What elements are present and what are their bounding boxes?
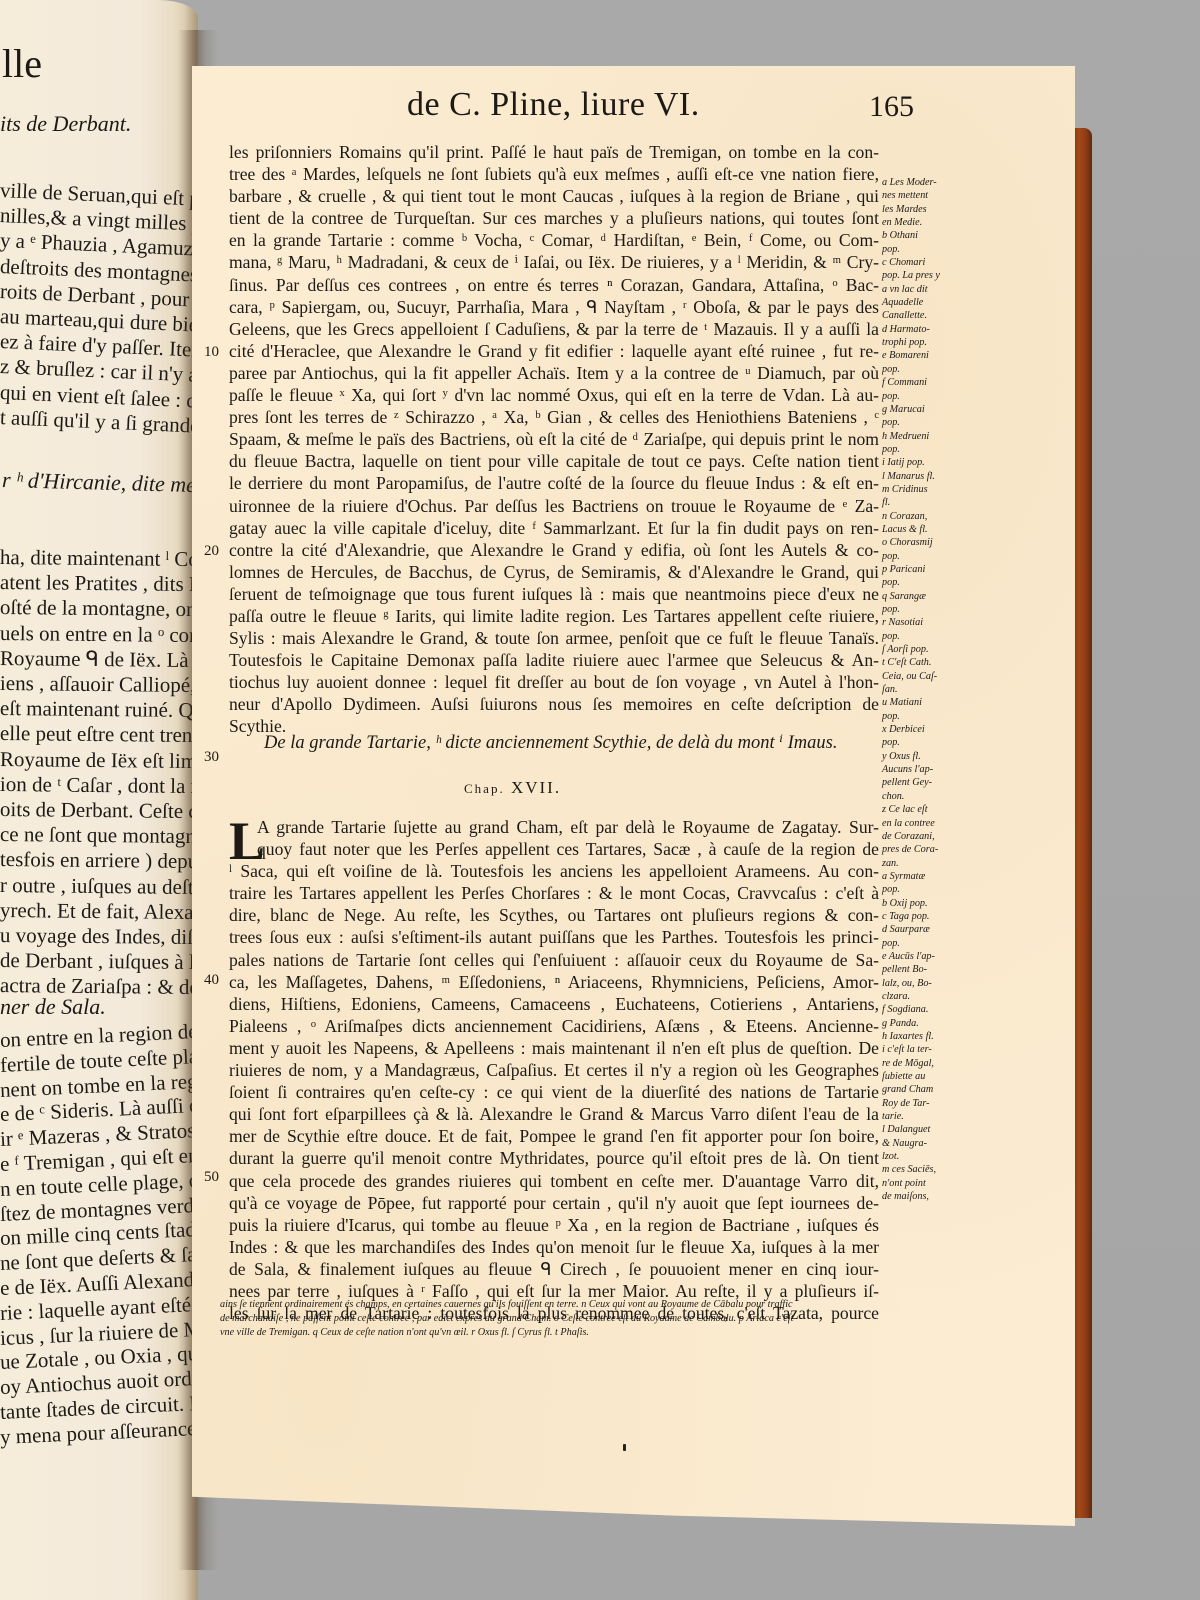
margin-note: tarie. — [882, 1110, 956, 1123]
margin-note: ſubiette au — [882, 1070, 956, 1083]
margin-note: a Les Moder- — [882, 176, 956, 189]
margin-note: en Medie. — [882, 216, 956, 229]
text-line: diens, Hiſtiens, Edoniens, Cameens, Cama… — [229, 993, 879, 1015]
line-number: 30 — [204, 749, 219, 766]
text-line: paſſe le fleuue ˣ Xa, qui ſort ʸ d'vn la… — [229, 384, 879, 406]
chapter-text: L A grande Tartarie ſujette au grand Cha… — [229, 816, 879, 1324]
footnote-line: ains ſe tiennent ordinairement és champs… — [220, 1298, 940, 1312]
margin-note: pellent Gey- — [882, 776, 956, 789]
margin-note: pop. — [882, 937, 956, 950]
line-number: 40 — [204, 972, 219, 989]
text-line: A grande Tartarie ſujette au grand Cham,… — [229, 816, 879, 838]
margin-note: h Iaxartes fl. — [882, 1030, 956, 1043]
chapter-heading: Chap. XVII. — [464, 778, 561, 798]
margin-note: y Oxus fl. — [882, 750, 956, 763]
margin-note: en la contree — [882, 817, 956, 830]
body-text: les priſonniers Romains qu'il print. Paſ… — [229, 141, 879, 738]
margin-note: grand Cham — [882, 1083, 956, 1096]
page-number: 165 — [869, 90, 914, 124]
text-line: ſoient ſi contraires qu'en ceſte-cy : ce… — [229, 1081, 879, 1103]
running-head: de C. Pline, liure VI. — [407, 86, 700, 124]
margin-note: ſ Aorſi pop. — [882, 643, 956, 656]
text-line: pres ſont les terres de ᶻ Schirazzo , ᵃ … — [229, 406, 879, 428]
text-line: trees ſous eux : auſsi s'eſtiment-ils au… — [229, 926, 879, 948]
margin-note: t C'eſt Cath. — [882, 656, 956, 669]
text-line: Spaam, & meſme le païs des Bactriens, où… — [229, 428, 879, 450]
verso-text-line: elle peut eſtre cent trente mi — [0, 721, 198, 747]
verso-text-line: oſté de la montagne, on trou — [0, 595, 198, 621]
text-line: Geleens, que les Grecs appelloient ſ Cad… — [229, 318, 879, 340]
margin-note: b Oxij pop. — [882, 897, 956, 910]
margin-note: g Panda. — [882, 1017, 956, 1030]
margin-note: b Othani — [882, 229, 956, 242]
margin-note: x Derbicei — [882, 723, 956, 736]
text-line: les priſonniers Romains qu'il print. Paſ… — [229, 141, 879, 163]
text-line: ca, les Maſſagetes, Dahens, ᵐ Eſſedonien… — [229, 971, 879, 993]
text-line: riuieres de nom, y a Mandagræus, Caſpaſi… — [229, 1059, 879, 1081]
margin-note: a Syrmatæ — [882, 870, 956, 883]
text-line: Toutesfois le Capitaine Demonax paſſa la… — [229, 649, 879, 671]
margin-note: Roy de Tar- — [882, 1097, 956, 1110]
drop-cap: L — [229, 818, 265, 864]
text-line: ſeruent de teſmoignage que tous furent i… — [229, 583, 879, 605]
margin-note: Aucuns l'ap- — [882, 763, 956, 776]
verso-section-heading: ner de Sala. — [0, 995, 106, 1019]
margin-note: pop. — [882, 630, 956, 643]
text-line: ment y auoit les Napeens, & Apelleens : … — [229, 1037, 879, 1059]
line-number: 10 — [204, 344, 219, 361]
text-line: durant la guerre qu'il menoit contre Myt… — [229, 1147, 879, 1169]
margin-note: pop. — [882, 883, 956, 896]
margin-note: u Matiani — [882, 696, 956, 709]
text-line: contre la cité d'Alexandrie, que Alexand… — [229, 539, 879, 561]
text-line: Indes : & que les marchandiſes des Indes… — [229, 1236, 879, 1258]
margin-note: pop. La pres y — [882, 269, 956, 282]
margin-note: z Ce lac eſt — [882, 803, 956, 816]
margin-note: q Sarangæ — [882, 590, 956, 603]
margin-note: g Marucai — [882, 403, 956, 416]
margin-note: les Mardes — [882, 203, 956, 216]
text-line: ˡ Saca, qui eſt voiſine de là. Toutesfoi… — [229, 860, 879, 882]
text-line: cité d'Heraclee, que Alexandre le Grand … — [229, 340, 879, 362]
text-line: ſinus. Par deſſus ces contrees , on entr… — [229, 274, 879, 296]
line-number: 50 — [204, 1169, 219, 1186]
margin-note: c Chomari — [882, 256, 956, 269]
margin-note: de maiſons, — [882, 1190, 956, 1203]
margin-note: Canallette. — [882, 309, 956, 322]
text-line: uironnee de la riuiere d'Ochus. Par deſſ… — [229, 495, 879, 517]
margin-note: o Chorasmij — [882, 536, 956, 549]
margin-note: Aquadelle — [882, 296, 956, 309]
margin-note: de Corazani, — [882, 830, 956, 843]
verso-section-heading: r ʰ d'Hircanie, dite mer de — [2, 468, 198, 498]
line-number: 20 — [204, 543, 219, 560]
text-line: gatay auec la ville capitale d'iceluy, d… — [229, 517, 879, 539]
margin-note: e Aucūs l'ap- — [882, 950, 956, 963]
verso-text-line: uels on entre en la ᵒ contree d — [0, 621, 198, 648]
margin-note: pop. — [882, 243, 956, 256]
margin-note: i Iatij pop. — [882, 456, 956, 469]
margin-note: & Naugra- — [882, 1137, 956, 1150]
marginal-notes: a Les Moder-nes mettentles Mardesen Medi… — [882, 176, 956, 1203]
margin-note: zan. — [882, 857, 956, 870]
margin-note: m ces Saciēs, — [882, 1163, 956, 1176]
text-line: traire les Tartares appellent les Perſes… — [229, 882, 879, 904]
left-page-verso: lle its de Derbant. ville de Seruan,qui … — [0, 0, 198, 1600]
text-line: barbare , & cruelle , & qui tient tout l… — [229, 185, 879, 207]
verso-text-line: Royaume ᑫ de Iëx. Là ſont le — [0, 646, 198, 673]
text-line: mana, ᵍ Maru, ʰ Madradani, & ceux de ⁱ I… — [229, 251, 879, 273]
text-line: tient de la contree de Turqueſtan. Sur c… — [229, 207, 879, 229]
verso-text-line: u voyage des Indes, diſant qu — [0, 923, 198, 950]
margin-note: i c'eſt la ter- — [882, 1043, 956, 1056]
text-line: puis la riuiere d'Icarus, qui tombe au f… — [229, 1214, 879, 1236]
verso-text-line: oits de Derbant. Ceſte contr — [0, 797, 198, 823]
text-line: dire, blanc de Nege. Au reſte, les Scyth… — [229, 904, 879, 926]
margin-note: n Corazan, — [882, 510, 956, 523]
margin-note: d Harmato- — [882, 323, 956, 336]
right-page-recto: de C. Pline, liure VI. 165 10 20 30 40 5… — [192, 66, 1075, 1526]
verso-text-line: ce ne ſont que montagnes: b — [0, 822, 198, 848]
text-line: Sylis : mais Alexandre le Grand, & toute… — [229, 627, 879, 649]
margin-note: d Saurparæ — [882, 923, 956, 936]
text-line: neur d'Apollo Dydimeen. Auſsi ſuiurons n… — [229, 693, 879, 715]
verso-text-line: eſt maintenant ruiné. Qua — [0, 696, 198, 722]
verso-section-heading: its de Derbant. — [0, 112, 131, 136]
margin-note: re de Mōgal, — [882, 1057, 956, 1070]
footnote-line: vne ville de Tremigan. q Ceux de ceſte n… — [220, 1326, 940, 1340]
margin-note: pop. — [882, 736, 956, 749]
margin-note: l Dalanguet — [882, 1123, 956, 1136]
text-line: le derriere du mont Paropamiſus, de l'au… — [229, 472, 879, 494]
margin-note: e Bomareni — [882, 349, 956, 362]
ink-mark — [623, 1444, 626, 1451]
text-line: paſſa outre le fleuue ᵍ Iarits, qui limi… — [229, 605, 879, 627]
verso-text-line: ion de ᵗ Caſar , dont la mer d — [0, 772, 198, 799]
margin-note: f Commani — [882, 376, 956, 389]
margin-note: clzara. — [882, 990, 956, 1003]
margin-note: pop. — [882, 416, 956, 429]
chapter-number: XVII. — [511, 778, 561, 797]
verso-text-line: iens , aſſauoir Calliopé, & ʳ S — [0, 671, 198, 698]
verso-text-line: de Derbant , iuſques à l'en — [0, 948, 198, 974]
margin-note: nes mettent — [882, 189, 956, 202]
margin-note: pellent Bo- — [882, 963, 956, 976]
verso-text-line: Royaume de Iëx eſt limité p — [0, 747, 198, 773]
margin-note: p Paricani — [882, 563, 956, 576]
text-line: que cela procede des grandes riuieres qu… — [229, 1170, 879, 1192]
text-line: tree des ᵃ Mardes, leſquels ne ſont ſubi… — [229, 163, 879, 185]
verso-text-line: atent les Pratites , dits Parido — [0, 570, 198, 597]
section-title: De la grande Tartarie, ʰ dicte anciennem… — [264, 732, 837, 754]
text-line: pales nations de Tartarie ſont celles qu… — [229, 949, 879, 971]
margin-note: c Taga pop. — [882, 910, 956, 923]
margin-note: n'ont point — [882, 1177, 956, 1190]
text-line: de Sala, & finalement iuſques au fleuue … — [229, 1258, 879, 1280]
text-line: Pialeens , ᵒ Ariſmaſpes dicts ancienneme… — [229, 1015, 879, 1037]
margin-note: pop. — [882, 603, 956, 616]
text-line: qui ſont fort eſparpillees çà & là. Alex… — [229, 1103, 879, 1125]
text-line: en la grande Tartarie : comme ᵇ Vocha, ᶜ… — [229, 229, 879, 251]
verso-text-line: yrech. Et de fait, Alexandre — [0, 898, 198, 924]
verso-text-line: tesfois en arriere ) depuis ce — [0, 847, 198, 873]
margin-note: pop. — [882, 390, 956, 403]
margin-note: Lacus & fl. — [882, 523, 956, 536]
chapter-label: Chap. — [464, 781, 505, 796]
text-line: tiochus luy auoient donnee : lequel fit … — [229, 671, 879, 693]
margin-note: pop. — [882, 550, 956, 563]
margin-note: h Medrueni — [882, 430, 956, 443]
margin-note: l Manarus fl. — [882, 470, 956, 483]
text-line: quoy faut noter que les Perſes appellent… — [229, 838, 879, 860]
verso-text-line: r outre , iuſques au deſtroit — [0, 873, 198, 899]
margin-note: chon. — [882, 790, 956, 803]
text-line: mer de Scythie eſtre douce. Et de fait, … — [229, 1125, 879, 1147]
verso-running-head-fragment: lle — [2, 42, 42, 86]
footnotes: ains ſe tiennent ordinairement és champs… — [220, 1298, 940, 1340]
margin-note: ſan. — [882, 683, 956, 696]
text-line: qu'à ce voyage de Pōpee, fut rapporté po… — [229, 1192, 879, 1214]
text-line: paree par Antiochus, qui la fit appeller… — [229, 362, 879, 384]
book-binding-edge — [1072, 128, 1092, 1518]
text-line: cara, ᵖ Sapiergam, ou, Sucuyr, Parrhaſia… — [229, 296, 879, 318]
margin-note: r Nasotiai — [882, 616, 956, 629]
margin-note: f Sogdiana. — [882, 1003, 956, 1016]
margin-note: pop. — [882, 576, 956, 589]
margin-note: pop. — [882, 710, 956, 723]
margin-note: pop. — [882, 443, 956, 456]
footnote-line: de marchandiſe , ne paſſent point ceſte … — [220, 1312, 940, 1326]
margin-note: m Cridinus — [882, 483, 956, 496]
text-line: du fleuue Bactra, laquelle on tient pour… — [229, 450, 879, 472]
margin-note: Ceia, ou Caſ- — [882, 670, 956, 683]
margin-note: fl. — [882, 496, 956, 509]
margin-note: a vn lac dit — [882, 283, 956, 296]
margin-note: pop. — [882, 363, 956, 376]
margin-note: lzot. — [882, 1150, 956, 1163]
text-line: lomnes de Hercules, de Bacchus, de Cyrus… — [229, 561, 879, 583]
margin-note: lalz, ou, Bo- — [882, 977, 956, 990]
verso-text-line: ha, dite maintenant ˡ Cordu — [0, 545, 198, 571]
margin-note: pres de Cora- — [882, 843, 956, 856]
margin-note: trophi pop. — [882, 336, 956, 349]
